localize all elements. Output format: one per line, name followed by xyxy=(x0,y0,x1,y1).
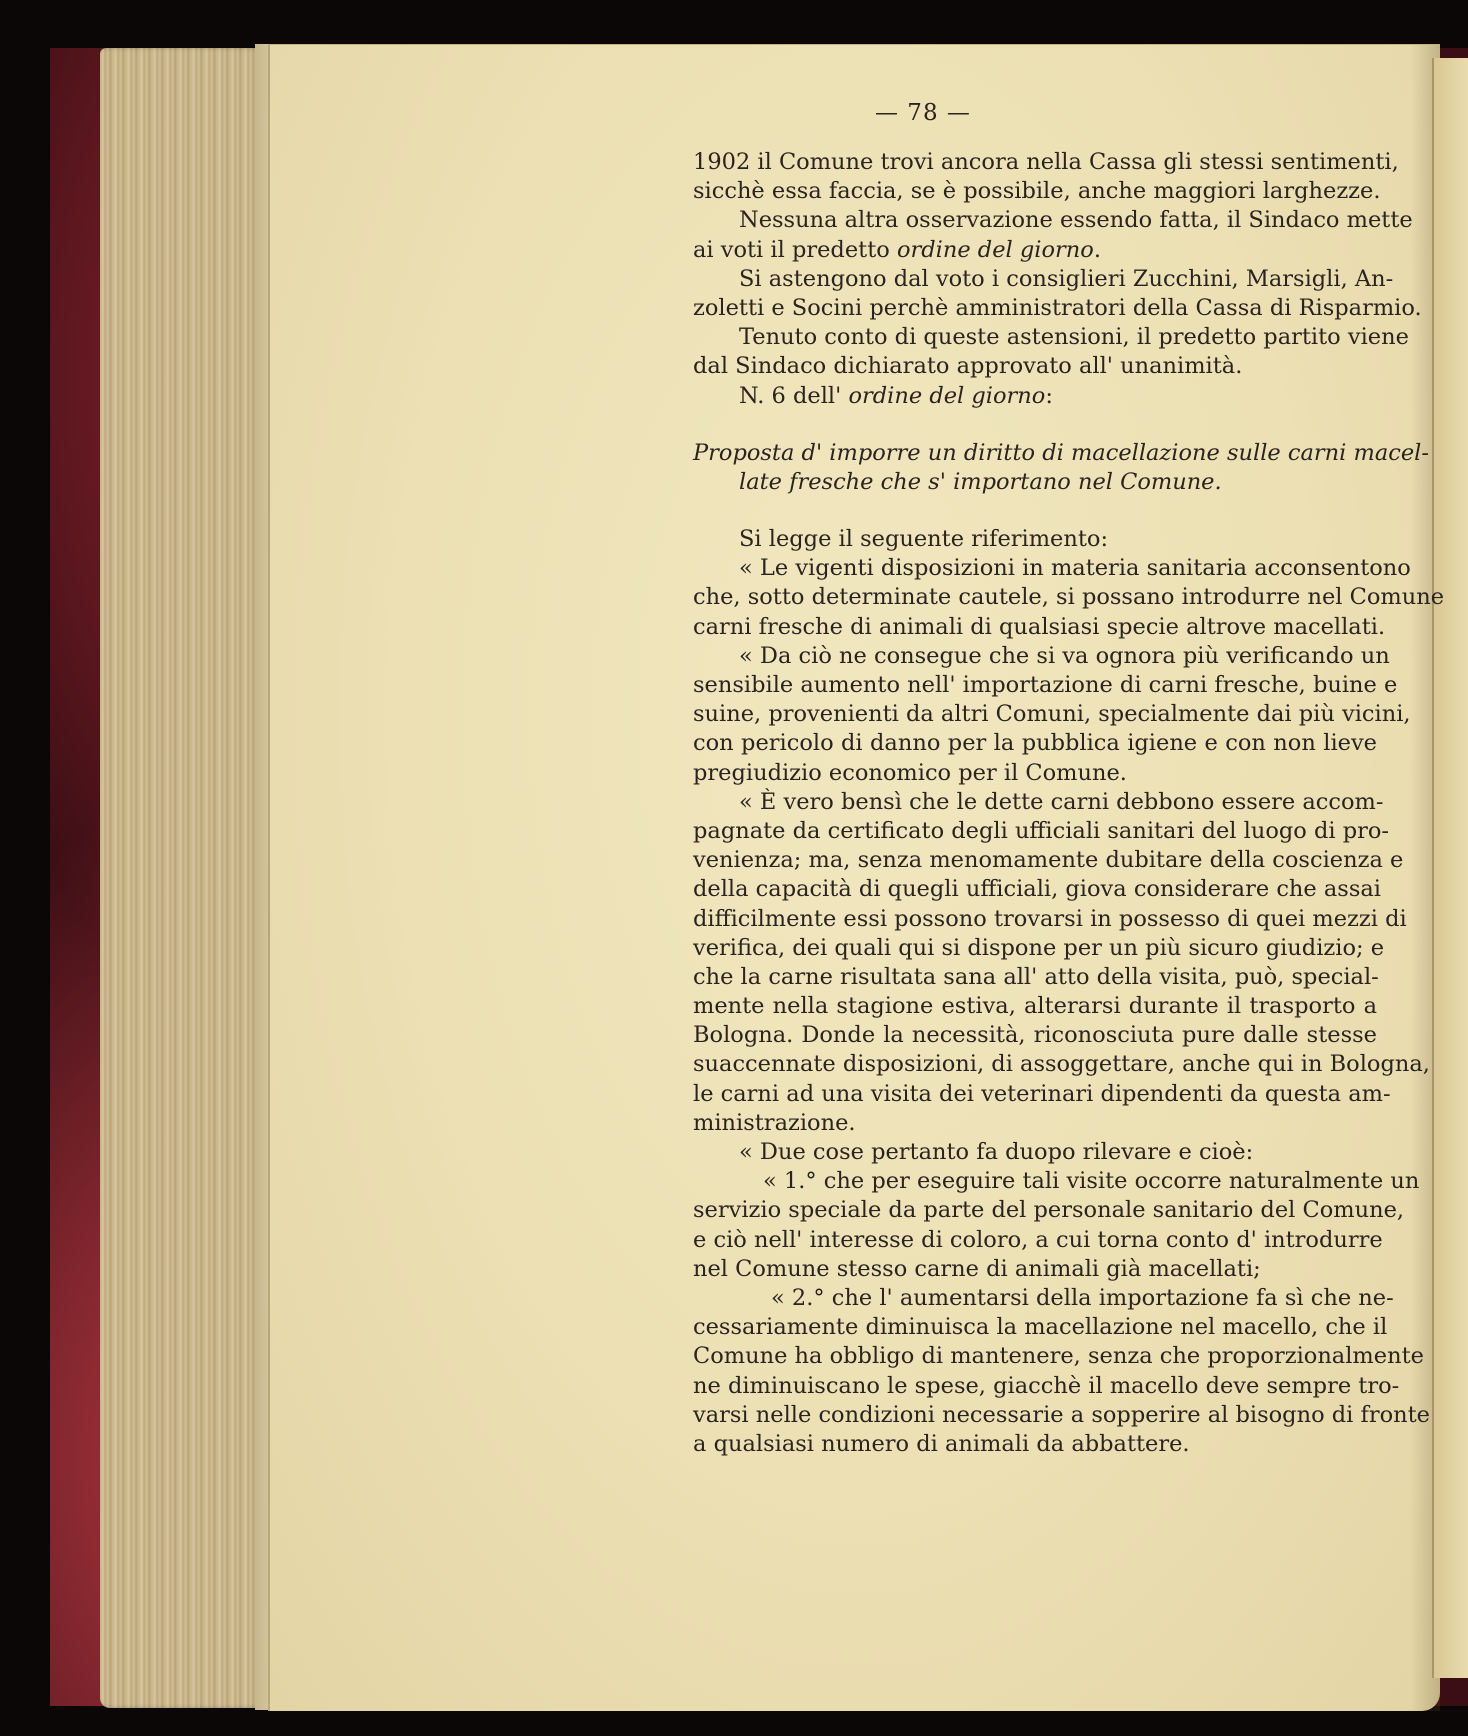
text-line: N. 6 dell' ordine del giorno: xyxy=(693,382,1377,411)
text-line: varsi nelle condizioni necessarie a sopp… xyxy=(693,1401,1377,1430)
page-number: — 78 — xyxy=(875,100,971,126)
text-line: Bologna. Donde la necessità, riconosciut… xyxy=(693,1021,1377,1050)
text-line: pregiudizio economico per il Comune. xyxy=(693,759,1377,788)
text-line: dal Sindaco dichiarato approvato all' un… xyxy=(693,352,1377,381)
section-title-line: late fresche che s' importano nel Comune… xyxy=(693,468,1377,497)
text-line: carni fresche di animali di qualsiasi sp… xyxy=(693,613,1377,642)
text-line: ne diminuiscano le spese, giacchè il mac… xyxy=(693,1372,1377,1401)
text-line: Si astengono dal voto i consiglieri Zucc… xyxy=(693,265,1377,294)
text-line: « Le vigenti disposizioni in materia san… xyxy=(693,554,1377,583)
text-line: che, sotto determinate cautele, si possa… xyxy=(693,583,1377,612)
text-line: « 1.° che per eseguire tali visite occor… xyxy=(693,1167,1377,1196)
text-line: Si legge il seguente riferimento: xyxy=(693,525,1377,554)
text-line: « Due cose pertanto fa duopo rilevare e … xyxy=(693,1138,1377,1167)
text-line: venienza; ma, senza menomamente dubitare… xyxy=(693,846,1377,875)
text-line: pagnate da certificato degli ufficiali s… xyxy=(693,817,1377,846)
text-line: e ciò nell' interesse di coloro, a cui t… xyxy=(693,1226,1377,1255)
page-body-text: 1902 il Comune trovi ancora nella Cassa … xyxy=(693,148,1377,1459)
text-line: Comune ha obbligo di mantenere, senza ch… xyxy=(693,1342,1377,1371)
text-line: a qualsiasi numero di animali da abbatte… xyxy=(693,1430,1377,1459)
text-line: cessariamente diminuisca la macellazione… xyxy=(693,1313,1377,1342)
text-line: 1902 il Comune trovi ancora nella Cassa … xyxy=(693,148,1377,177)
italic-phrase: ordine del giorno xyxy=(897,237,1094,263)
text-line: della capacità di quegli ufficiali, giov… xyxy=(693,875,1377,904)
text-line: nel Comune stesso carne di animali già m… xyxy=(693,1255,1377,1284)
text-line: « È vero bensì che le dette carni debbon… xyxy=(693,788,1377,817)
text-line: difficilmente essi possono trovarsi in p… xyxy=(693,905,1377,934)
text-line: verifica, dei quali qui si dispone per u… xyxy=(693,934,1377,963)
text-line: le carni ad una visita dei veterinari di… xyxy=(693,1080,1377,1109)
text-line: servizio speciale da parte del personale… xyxy=(693,1196,1377,1225)
text-line: zoletti e Socini perchè amministratori d… xyxy=(693,294,1377,323)
text-line: ai voti il predetto ordine del giorno. xyxy=(693,236,1377,265)
facing-page-edge xyxy=(1432,58,1468,1678)
italic-phrase: ordine del giorno xyxy=(848,383,1045,409)
text-line: con pericolo di danno per la pubblica ig… xyxy=(693,729,1377,758)
text-line: sicchè essa faccia, se è possibile, anch… xyxy=(693,177,1377,206)
text-line: Tenuto conto di queste astensioni, il pr… xyxy=(693,323,1377,352)
text-line: « Da ciò ne consegue che si va ognora pi… xyxy=(693,642,1377,671)
text-line: suaccennate disposizioni, di assoggettar… xyxy=(693,1050,1377,1079)
text-line: che la carne risultata sana all' atto de… xyxy=(693,963,1377,992)
text-line: suine, provenienti da altri Comuni, spec… xyxy=(693,700,1377,729)
text-line: « 2.° che l' aumentarsi della importazio… xyxy=(693,1284,1377,1313)
text-line: mente nella stagione estiva, alterarsi d… xyxy=(693,992,1377,1021)
section-title: Proposta d' imporre un diritto di macell… xyxy=(693,439,1377,497)
page-stack-edges xyxy=(100,48,280,1708)
text-line: Nessuna altra osservazione essendo fatta… xyxy=(693,206,1377,235)
text-line: ministrazione. xyxy=(693,1109,1377,1138)
text-line: sensibile aumento nell' importazione di … xyxy=(693,671,1377,700)
section-title-line: Proposta d' imporre un diritto di macell… xyxy=(693,439,1377,468)
